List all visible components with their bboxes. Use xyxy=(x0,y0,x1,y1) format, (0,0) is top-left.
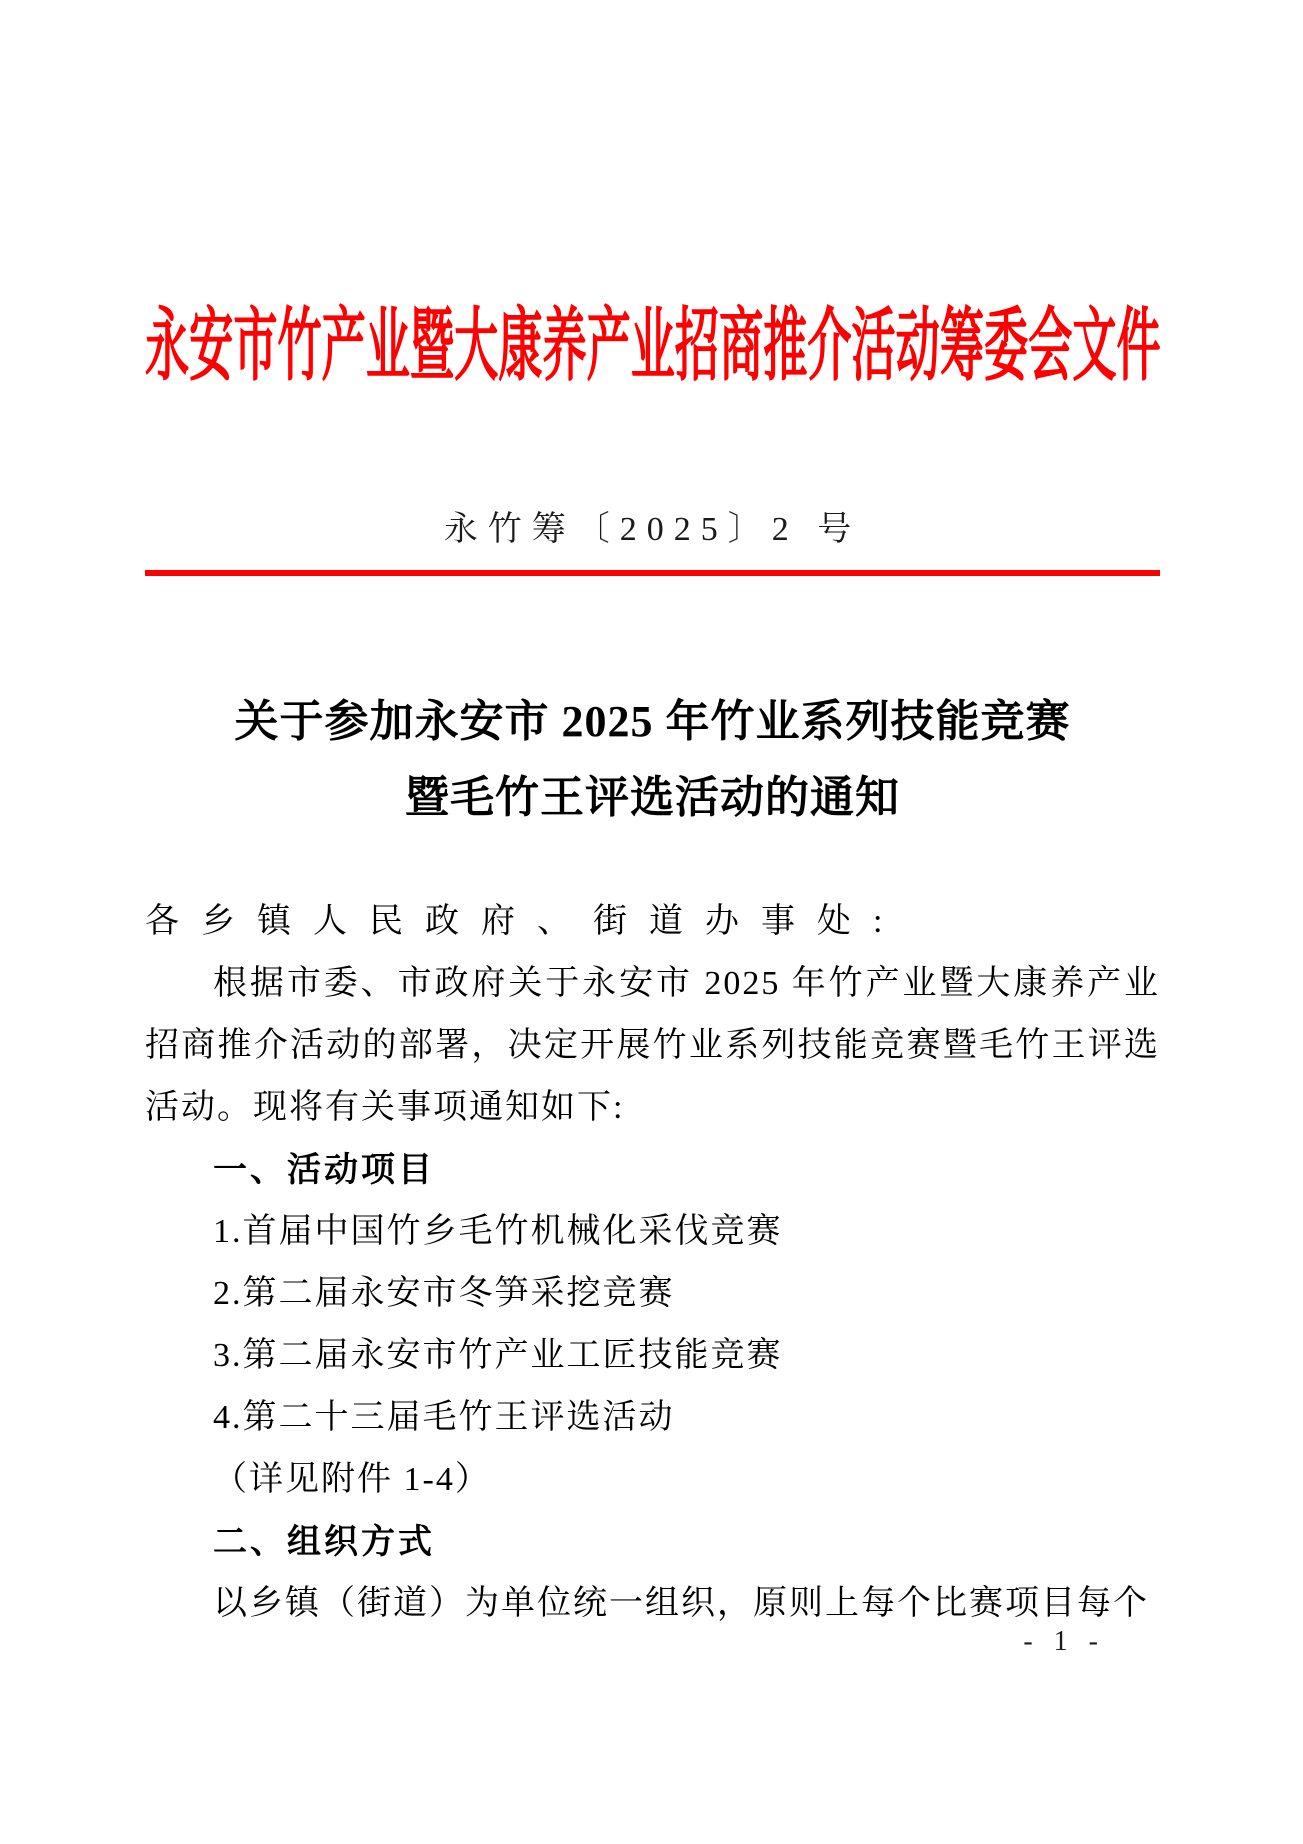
page-number: - 1 - xyxy=(1023,1626,1105,1658)
document-body: 各乡镇人民政府、街道办事处: 根据市委、市政府关于永安市 2025 年竹产业暨大… xyxy=(145,891,1160,1635)
activity-item-3: 3.第二届永安市竹产业工匠技能竞赛 xyxy=(145,1325,1160,1387)
section2-heading: 二、组织方式 xyxy=(145,1511,1160,1573)
section1-heading: 一、活动项目 xyxy=(145,1139,1160,1201)
intro-paragraph-line1: 根据市委、市政府关于永安市 2025 年竹产业暨大康养产业 xyxy=(145,953,1160,1015)
red-header-banner: 永安市竹产业暨大康养产业招商推介活动筹委会文件 xyxy=(145,300,1160,395)
document-content: 永安市竹产业暨大康养产业招商推介活动筹委会文件 永竹筹〔2025〕2 号 关于参… xyxy=(0,300,1303,1635)
intro-paragraph-line3: 活动。现将有关事项通知如下: xyxy=(145,1077,1160,1139)
attachment-note: （详见附件 1-4） xyxy=(145,1449,1160,1511)
document-page: 永安市竹产业暨大康养产业招商推介活动筹委会文件 永竹筹〔2025〕2 号 关于参… xyxy=(0,0,1303,1844)
red-divider-line xyxy=(145,570,1160,576)
activity-item-4: 4.第二十三届毛竹王评选活动 xyxy=(145,1387,1160,1449)
intro-paragraph-line2: 招商推介活动的部署，决定开展竹业系列技能竞赛暨毛竹王评选 xyxy=(145,1015,1160,1077)
section2-text-line1: 以乡镇（街道）为单位统一组织，原则上每个比赛项目每个 xyxy=(145,1573,1160,1635)
activity-item-2: 2.第二届永安市冬笋采挖竞赛 xyxy=(145,1263,1160,1325)
notice-title-line1: 关于参加永安市 2025 年竹业系列技能竞赛 xyxy=(145,684,1160,760)
red-header-text: 永安市竹产业暨大康养产业招商推介活动筹委会文件 xyxy=(145,300,1161,395)
doc-number: 永竹筹〔2025〕2 号 xyxy=(145,505,1160,555)
notice-title: 关于参加永安市 2025 年竹业系列技能竞赛 暨毛竹王评选活动的通知 xyxy=(145,684,1160,836)
salutation-line: 各乡镇人民政府、街道办事处: xyxy=(145,891,1160,953)
activity-item-1: 1.首届中国竹乡毛竹机械化采伐竞赛 xyxy=(145,1201,1160,1263)
notice-title-line2: 暨毛竹王评选活动的通知 xyxy=(145,760,1160,836)
